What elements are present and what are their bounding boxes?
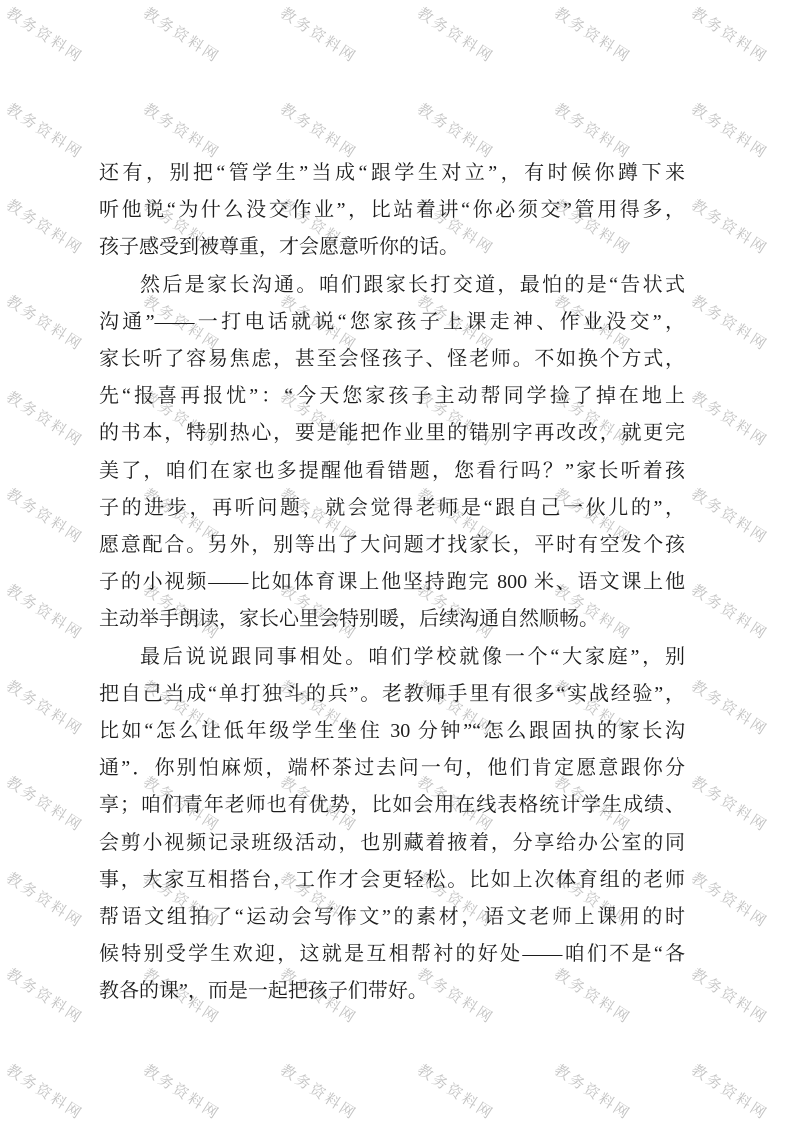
text-line: 孩子感受到被尊重，才会愿意听你的话。 [99, 229, 685, 266]
watermark-text: 教务资料网 [3, 290, 88, 355]
paragraph: 最后说说跟同事相处。咱们学校就像一个“大家庭”，别把自己当成“单打独斗的兵”。老… [99, 639, 685, 1011]
page-background: 教务资料网教务资料网教务资料网教务资料网教务资料网教务资料网教务资料网教务资料网… [0, 0, 793, 1122]
watermark-text: 教务资料网 [3, 98, 88, 163]
text-line: 最后说说跟同事相处。咱们学校就像一个“大家庭”，别 [99, 639, 685, 676]
text-line: 候特别受学生欢迎，这就是互相帮衬的好处——咱们不是“各 [99, 936, 685, 973]
text-line: 美了，咱们在家也多提醒他看错题，您看行吗？”家长听着孩 [99, 453, 685, 490]
watermark-text: 教务资料网 [551, 1059, 636, 1122]
text-line: 比如“怎么让低年级学生坐住 30 分钟”“怎么跟固执的家长沟 [99, 713, 685, 750]
watermark-text: 教务资料网 [3, 386, 88, 451]
text-line: 把自己当成“单打独斗的兵”。老教师手里有很多“实战经验”， [99, 676, 685, 713]
text-line: 先“报喜再报忧”：“今天您家孩子主动帮同学捡了掉在地上 [99, 378, 685, 415]
watermark-text: 教务资料网 [688, 98, 773, 163]
watermark-text: 教务资料网 [414, 1059, 499, 1122]
watermark-text: 教务资料网 [3, 675, 88, 740]
watermark-text: 教务资料网 [140, 1059, 225, 1122]
text-line: 家长听了容易焦虑，甚至会怪孩子、怪老师。不如换个方式， [99, 341, 685, 378]
document-body: 还有，别把“管学生”当成“跟学生对立”，有时候你蹲下来听他说“为什么没交作业”，… [99, 155, 685, 1011]
watermark-text: 教务资料网 [688, 675, 773, 740]
watermark-text: 教务资料网 [140, 98, 225, 163]
document-page: { "page": { "background": "#ffffff", "te… [0, 0, 793, 1122]
text-line: 子的进步，再听问题，就会觉得老师是“跟自己一伙儿的”， [99, 490, 685, 527]
text-line: 的书本，特别热心，要是能把作业里的错别字再改改，就更完 [99, 415, 685, 452]
text-line: 愿意配合。另外，别等出了大问题才找家长，平时有空发个孩 [99, 527, 685, 564]
text-line: 子的小视频——比如体育课上他坚持跑完 800 米、语文课上他 [99, 564, 685, 601]
watermark-text: 教务资料网 [551, 98, 636, 163]
text-line: 事，大家互相搭台，工作才会更轻松。比如上次体育组的老师 [99, 862, 685, 899]
text-line: 享；咱们青年老师也有优势，比如会用在线表格统计学生成绩、 [99, 787, 685, 824]
watermark-text: 教务资料网 [3, 1059, 88, 1122]
watermark-text: 教务资料网 [277, 98, 362, 163]
watermark-text: 教务资料网 [3, 963, 88, 1028]
watermark-text: 教务资料网 [3, 771, 88, 836]
watermark-text: 教务资料网 [688, 290, 773, 355]
text-line: 教各的课”，而是一起把孩子们带好。 [99, 973, 685, 1010]
watermark-text: 教务资料网 [688, 483, 773, 548]
watermark-text: 教务资料网 [3, 483, 88, 548]
text-line: 还有，别把“管学生”当成“跟学生对立”，有时候你蹲下来 [99, 155, 685, 192]
watermark-text: 教务资料网 [688, 579, 773, 644]
paragraph: 然后是家长沟通。咱们跟家长打交道，最怕的是“告状式沟通”——一打电话就说“您家孩… [99, 267, 685, 639]
watermark-text: 教务资料网 [688, 386, 773, 451]
watermark-text: 教务资料网 [688, 194, 773, 259]
text-line: 沟通”——一打电话就说“您家孩子上课走神、作业没交”， [99, 304, 685, 341]
text-line: 帮语文组拍了“运动会写作文”的素材，语文老师上课用的时 [99, 899, 685, 936]
text-line: 然后是家长沟通。咱们跟家长打交道，最怕的是“告状式 [99, 267, 685, 304]
watermark-text: 教务资料网 [3, 194, 88, 259]
watermark-text: 教务资料网 [688, 771, 773, 836]
watermark-text: 教务资料网 [277, 1059, 362, 1122]
watermark-text: 教务资料网 [3, 2, 88, 67]
watermark-text: 教务资料网 [140, 2, 225, 67]
text-line: 会剪小视频记录班级活动，也别藏着掖着，分享给办公室的同 [99, 825, 685, 862]
watermark-text: 教务资料网 [688, 2, 773, 67]
watermark-text: 教务资料网 [688, 1059, 773, 1122]
watermark-text: 教务资料网 [3, 579, 88, 644]
text-line: 通”．你别怕麻烦，端杯茶过去问一句，他们肯定愿意跟你分 [99, 750, 685, 787]
watermark-text: 教务资料网 [414, 98, 499, 163]
watermark-text: 教务资料网 [688, 963, 773, 1028]
watermark-text: 教务资料网 [3, 867, 88, 932]
text-line: 听他说“为什么没交作业”，比站着讲“你必须交”管用得多， [99, 192, 685, 229]
watermark-text: 教务资料网 [414, 2, 499, 67]
watermark-text: 教务资料网 [277, 2, 362, 67]
watermark-text: 教务资料网 [688, 867, 773, 932]
text-line: 主动举手朗读，家长心里会特别暖，后续沟通自然顺畅。 [99, 601, 685, 638]
paragraph: 还有，别把“管学生”当成“跟学生对立”，有时候你蹲下来听他说“为什么没交作业”，… [99, 155, 685, 267]
watermark-text: 教务资料网 [551, 2, 636, 67]
